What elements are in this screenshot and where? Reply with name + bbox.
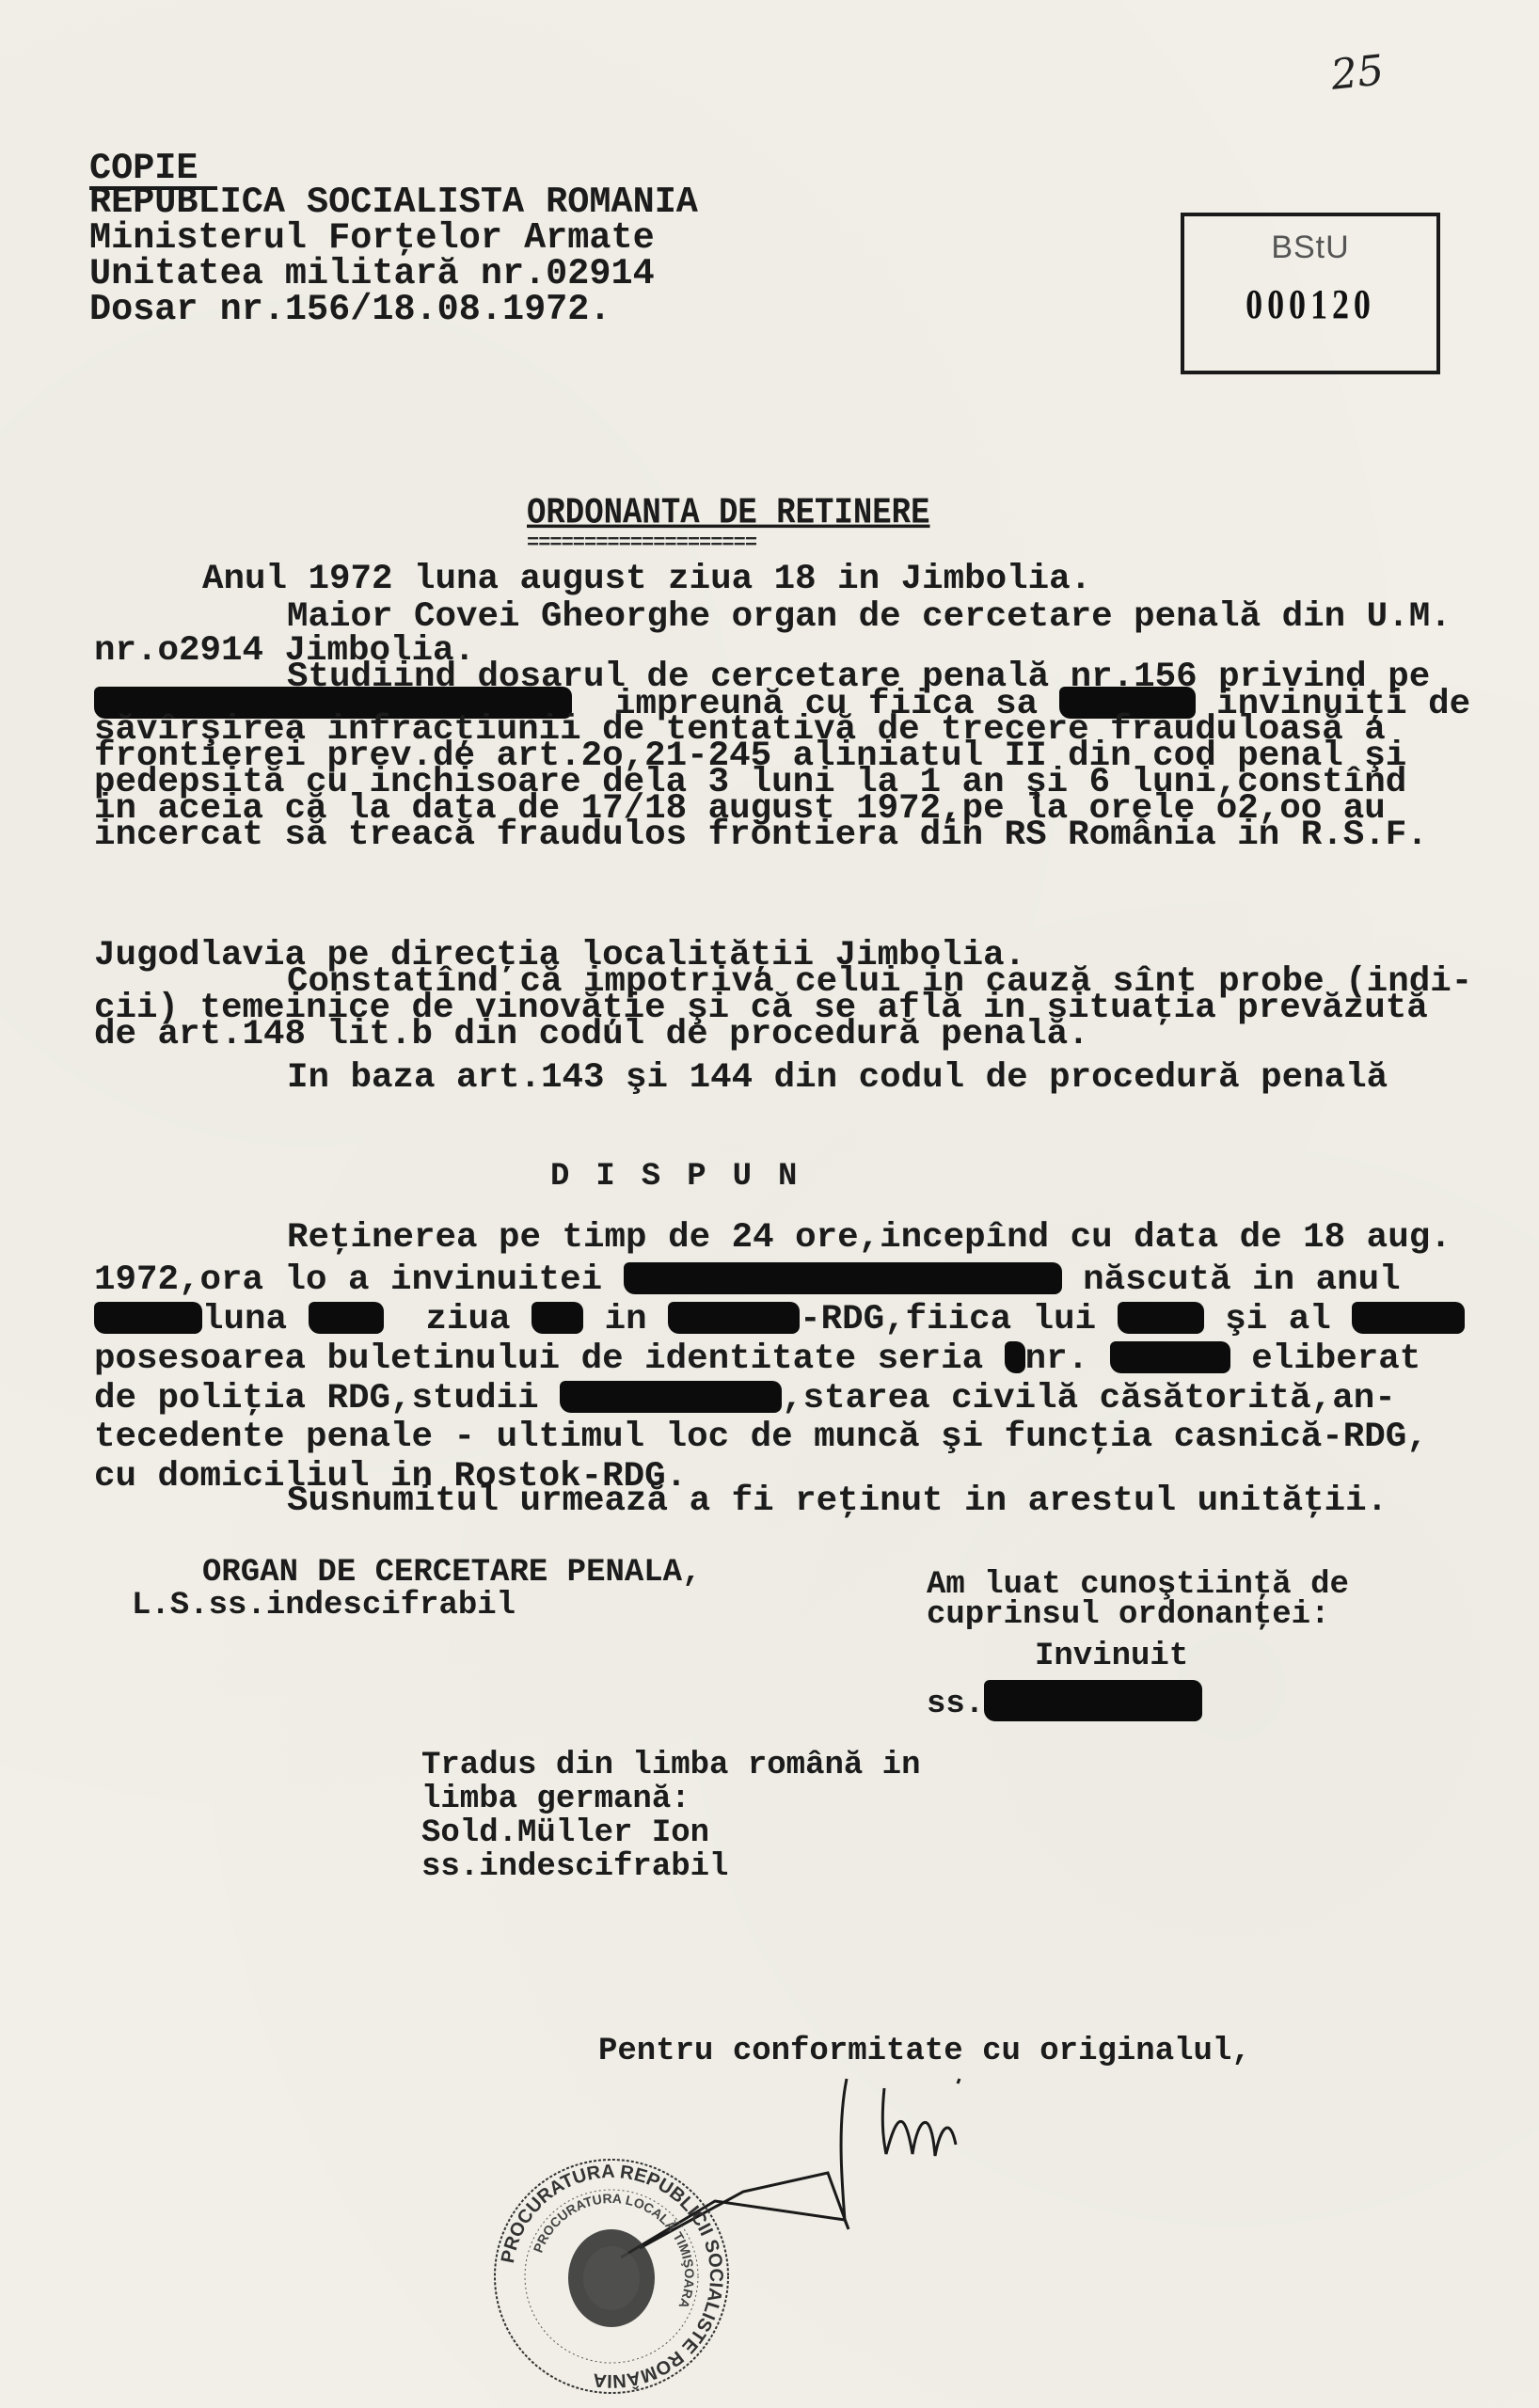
redaction-block	[624, 1262, 1062, 1294]
dispun-heading: DISPUN	[550, 1159, 823, 1195]
investigator-signature: L.S.ss.indescifrabil	[132, 1590, 516, 1622]
translator-name: Sold.Müller Ion	[421, 1817, 709, 1849]
text-segment: de poliţia RDG,studii	[94, 1379, 539, 1418]
text-segment: şi al	[1225, 1300, 1331, 1339]
order-line-3: luna ziua in -RDG,fiica lui şi al	[94, 1302, 1465, 1339]
text-segment: -RDG,fiica lui	[800, 1300, 1096, 1339]
official-seal: PROCURATURA REPUBLICII SOCIALISTE ROMÂNI…	[489, 2154, 734, 2399]
body-p1-line-1: Maior Covei Gheorghe organ de cercetare …	[287, 600, 1452, 636]
investigator-title: ORGAN DE CERCETARE PENALA,	[202, 1557, 702, 1589]
order-line-5: de poliţia RDG,studii ,starea civilă căs…	[94, 1381, 1396, 1418]
redaction-block	[1110, 1341, 1230, 1373]
text-segment: posesoarea buletinului de identitate ser…	[94, 1339, 983, 1379]
translator-signature: ss.indescifrabil	[421, 1851, 728, 1883]
certification-line: Pentru conformitate cu originalul,	[598, 2036, 1251, 2067]
acknowledgement-line-2: cuprinsul ordonanţei:	[927, 1599, 1329, 1631]
redaction-block	[1005, 1341, 1025, 1373]
document-page: 25 BStU 000120 COPIE REPUBLICA SOCIALIST…	[0, 0, 1539, 2408]
order-line-1: Reţinerea pe timp de 24 ore,incepînd cu …	[287, 1221, 1452, 1257]
text-segment: in	[605, 1300, 647, 1339]
translation-line-1: Tradus din limba română in	[421, 1750, 921, 1782]
body-p2-line-7: incercat să treacă fraudulos frontiera d…	[94, 818, 1428, 854]
body-p4-line-1: In baza art.143 şi 144 din codul de proc…	[287, 1061, 1388, 1097]
header-line-2: Ministerul Forţelor Armate	[89, 220, 655, 257]
text-segment: născută in anul	[1083, 1260, 1401, 1300]
redaction-block	[1118, 1302, 1204, 1334]
title-double-rule: ====================	[527, 531, 756, 555]
header-line-1: REPUBLICA SOCIALISTA ROMANIA	[89, 184, 698, 221]
redaction-block	[560, 1381, 782, 1413]
redaction-block	[94, 1302, 202, 1334]
text-segment: ss.	[927, 1687, 984, 1722]
text-segment: eliberat	[1251, 1339, 1420, 1379]
header-line-4: Dosar nr.156/18.08.1972.	[89, 292, 611, 328]
text-segment: nr.	[1025, 1339, 1089, 1379]
header-line-3: Unitatea militară nr.02914	[89, 256, 655, 293]
text-segment: luna	[202, 1300, 287, 1339]
order-line-4: posesoarea buletinului de identitate ser…	[94, 1341, 1420, 1378]
acknowledgement-line-1: Am luat cunoştiinţă de	[927, 1569, 1349, 1601]
text-segment: ,starea civilă căsătorită,an-	[782, 1379, 1396, 1418]
order-line-8: Susnumitul urmează a fi reţinut in arest…	[287, 1484, 1388, 1520]
intro-line: Anul 1972 luna august ziua 18 in Jimboli…	[202, 562, 1091, 598]
order-line-2: 1972,ora lo a invinuitei născută in anul	[94, 1262, 1401, 1299]
order-line-6: tecedente penale - ultimul loc de muncă …	[94, 1420, 1428, 1456]
redaction-block	[309, 1302, 384, 1334]
archive-stamp: BStU 000120	[1181, 213, 1440, 374]
page-number-handwritten: 25	[1328, 46, 1386, 100]
redaction-block	[532, 1302, 583, 1334]
redaction-block	[1352, 1302, 1465, 1334]
accused-signature: ss.	[927, 1680, 1202, 1721]
text-segment: ziua	[426, 1300, 511, 1339]
text-segment: 1972,ora lo a invinuitei	[94, 1260, 602, 1300]
accused-label: Invinuit	[1035, 1640, 1188, 1672]
archive-stamp-label: BStU	[1184, 230, 1436, 266]
redaction-block	[984, 1680, 1202, 1721]
translation-line-2: limba germană:	[421, 1783, 690, 1815]
redaction-block	[668, 1302, 800, 1334]
archive-stamp-number: 000120	[1207, 280, 1414, 328]
body-p3-line-3: de art.148 lit.b din codul de procedură …	[94, 1018, 1089, 1053]
document-title: ORDONANTA DE RETINERE	[527, 493, 929, 534]
